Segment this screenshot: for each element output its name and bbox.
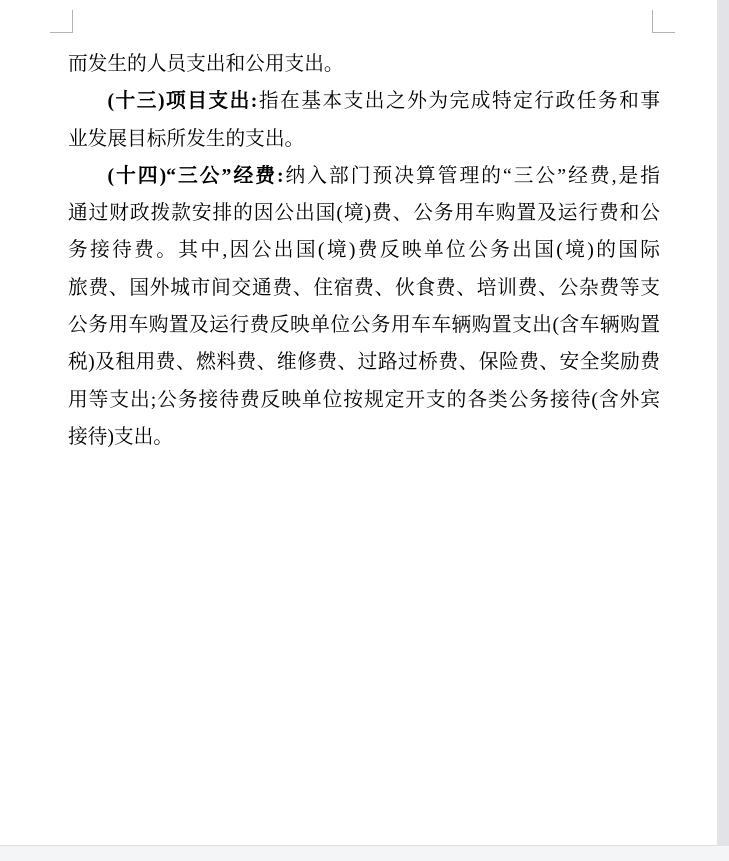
line-text: 通过财政拨款安排的因公出国(境)费、公务用车购置及运行费和公 [68, 202, 660, 224]
document-line: 业发展目标所发生的支出。 [68, 121, 660, 158]
line-text: 业发展目标所发生的支出。 [68, 128, 304, 150]
document-line: 务接待费。其中,因公出国(境)费反映单位公务出国(境)的国际 [68, 232, 660, 269]
line-text: 旅费、国外城市间交通费、住宿费、伙食费、培训费、公杂费等支出; [68, 277, 660, 307]
line-text: 公务用车购置及运行费反映单位公务用车车辆购置支出(含车辆购置 [68, 314, 660, 336]
line-text: 而发生的人员支出和公用支出。 [68, 53, 344, 75]
crop-mark-left-icon [50, 10, 73, 33]
app-background [0, 846, 729, 861]
document-line: 税)及租用费、燃料费、维修费、过路过桥费、保险费、安全奖励费 [68, 344, 660, 381]
line-text: 务接待费。其中,因公出国(境)费反映单位公务出国(境)的国际 [68, 239, 660, 261]
line-text: 税)及租用费、燃料费、维修费、过路过桥费、保险费、安全奖励费 [68, 351, 660, 373]
document-body: 而发生的人员支出和公用支出。 (十三)项目支出:指在基本支出之外为完成特定行政任… [68, 46, 660, 456]
document-line: 接待)支出。 [68, 419, 660, 456]
line-text: 指在基本支出之外为完成特定行政任务和事 [257, 90, 660, 112]
paragraph-lead: (十三)项目支出: [108, 90, 258, 112]
line-text: 用等支出;公务接待费反映单位按规定开支的各类公务接待(含外宾 [68, 389, 660, 411]
document-page: 而发生的人员支出和公用支出。 (十三)项目支出:指在基本支出之外为完成特定行政任… [0, 0, 717, 846]
document-line: (十四)“三公”经费:纳入部门预决算管理的“三公”经费,是指 [68, 158, 660, 195]
document-line: 通过财政拨款安排的因公出国(境)费、公务用车购置及运行费和公 [68, 195, 660, 232]
document-line: 公务用车购置及运行费反映单位公务用车车辆购置支出(含车辆购置 [68, 307, 660, 344]
crop-mark-right-icon [652, 10, 675, 33]
document-line: 而发生的人员支出和公用支出。 [68, 46, 660, 83]
document-line: 用等支出;公务接待费反映单位按规定开支的各类公务接待(含外宾 [68, 382, 660, 419]
scrollbar-track[interactable] [717, 0, 729, 846]
document-line: (十三)项目支出:指在基本支出之外为完成特定行政任务和事 [68, 83, 660, 120]
line-text: 接待)支出。 [68, 426, 173, 448]
line-text: 纳入部门预决算管理的“三公”经费,是指 [284, 165, 661, 187]
document-line: 旅费、国外城市间交通费、住宿费、伙食费、培训费、公杂费等支出; [68, 270, 660, 307]
paragraph-lead: (十四)“三公”经费: [108, 165, 284, 187]
